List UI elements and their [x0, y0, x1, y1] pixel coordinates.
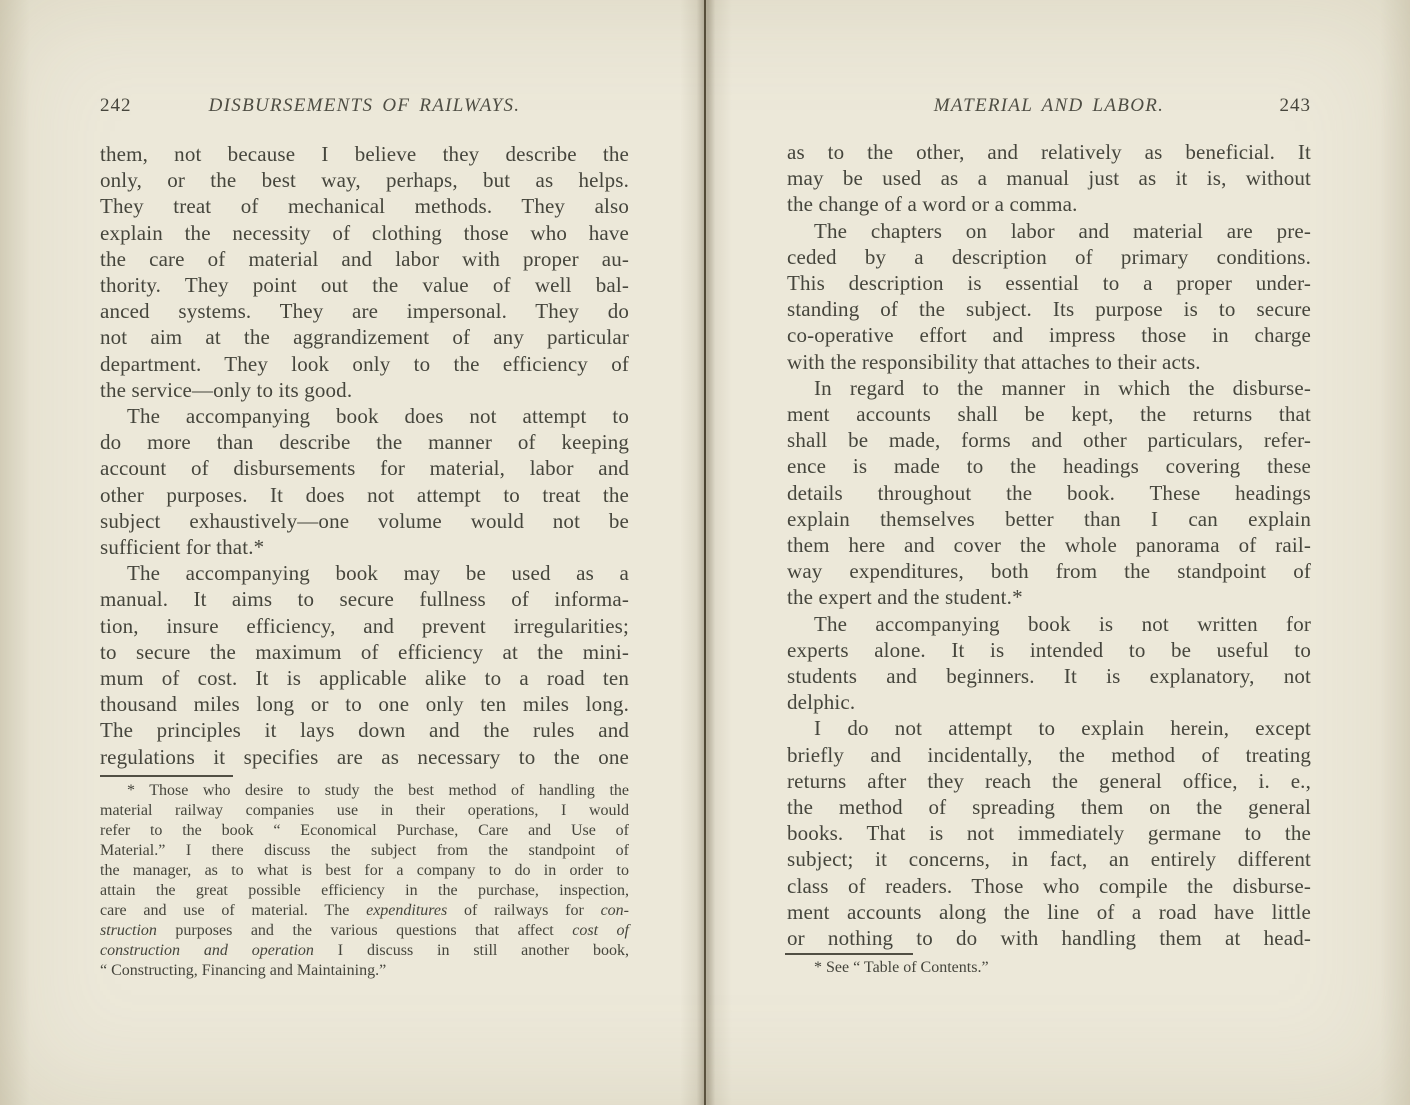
text-line: shall be made, forms and other particula… — [787, 427, 1311, 453]
text-line: the method of spreading them on the gene… — [787, 794, 1311, 820]
binding-gutter-line — [704, 0, 706, 1105]
text-line: other purposes. It does not attempt to t… — [100, 482, 629, 508]
text-line: the change of a word or a comma. — [787, 191, 1311, 217]
text-line: ence is made to the headings covering th… — [787, 453, 1311, 479]
text-line: department. They look only to the effici… — [100, 351, 629, 377]
text-line: sufficient for that.* — [100, 534, 629, 560]
text-line: manual. It aims to secure fullness of in… — [100, 586, 629, 612]
right-running-title: MATERIAL AND LABOR. — [851, 95, 1247, 117]
text-line: do more than describe the manner of keep… — [100, 429, 629, 455]
text-line: details throughout the book. These headi… — [787, 480, 1311, 506]
text-line: struction purposes and the various quest… — [100, 921, 629, 941]
text-line: mum of cost. It is applicable alike to a… — [100, 665, 629, 691]
text-line: ceded by a description of primary condit… — [787, 244, 1311, 270]
text-line: They treat of mechanical methods. They a… — [100, 193, 629, 219]
left-page-edge-shading — [0, 0, 30, 1105]
text-line: to secure the maximum of efficiency at t… — [100, 639, 629, 665]
text-line: with the responsibility that attaches to… — [787, 349, 1311, 375]
text-line: construction and operation I discuss in … — [100, 941, 629, 961]
left-page-header: 242 DISBURSEMENTS OF RAILWAYS. — [100, 95, 629, 117]
text-line: In regard to the manner in which the dis… — [787, 375, 1311, 401]
text-line: standing of the subject. Its purpose is … — [787, 296, 1311, 322]
text-line: ment accounts along the line of a road h… — [787, 899, 1311, 925]
text-line: attain the great possible efficiency in … — [100, 881, 629, 901]
text-line: ment accounts shall be kept, the returns… — [787, 401, 1311, 427]
text-line: explain themselves better than I can exp… — [787, 506, 1311, 532]
text-line: The accompanying book may be used as a — [100, 560, 629, 586]
text-line: as to the other, and relatively as benef… — [787, 139, 1311, 165]
text-line: experts alone. It is intended to be usef… — [787, 637, 1311, 663]
left-page-number: 242 — [100, 95, 164, 117]
text-line: thority. They point out the value of wel… — [100, 272, 629, 298]
text-line: refer to the book “ Economical Purchase,… — [100, 821, 629, 841]
binding-gutter-shadow — [680, 0, 732, 1105]
right-page-body-text: as to the other, and relatively as benef… — [787, 139, 1311, 951]
text-line: This description is essential to a prope… — [787, 270, 1311, 296]
text-line: way expenditures, both from the standpoi… — [787, 558, 1311, 584]
text-line: * See “ Table of Contents.” — [787, 958, 1311, 978]
text-line: returns after they reach the general off… — [787, 768, 1311, 794]
text-line: I do not attempt to explain herein, exce… — [787, 715, 1311, 741]
text-line: care and use of material. The expenditur… — [100, 901, 629, 921]
text-line: the care of material and labor with prop… — [100, 246, 629, 272]
text-line: The chapters on labor and material are p… — [787, 218, 1311, 244]
text-line: * Those who desire to study the best met… — [100, 781, 629, 801]
text-line: may be used as a manual just as it is, w… — [787, 165, 1311, 191]
text-line: them, not because I believe they describ… — [100, 141, 629, 167]
text-line: them here and cover the whole panorama o… — [787, 532, 1311, 558]
text-line: the expert and the student.* — [787, 584, 1311, 610]
text-line: briefly and incidentally, the method of … — [787, 742, 1311, 768]
text-line: not aim at the aggrandizement of any par… — [100, 324, 629, 350]
left-running-title: DISBURSEMENTS OF RAILWAYS. — [164, 95, 565, 117]
right-page-header: MATERIAL AND LABOR. 243 — [787, 95, 1311, 117]
right-footnote-separator — [785, 953, 913, 955]
text-line: or nothing to do with handling them at h… — [787, 925, 1311, 951]
text-line: The accompanying book does not attempt t… — [100, 403, 629, 429]
text-line: class of readers. Those who compile the … — [787, 873, 1311, 899]
text-line: the manager, as to what is best for a co… — [100, 861, 629, 881]
left-page-body-text: them, not because I believe they describ… — [100, 141, 629, 770]
left-footnote-separator — [100, 775, 233, 777]
text-line: explain the necessity of clothing those … — [100, 220, 629, 246]
text-line: tion, insure efficiency, and prevent irr… — [100, 613, 629, 639]
right-page-edge-shading — [1380, 0, 1410, 1105]
text-line: “ Constructing, Financing and Maintainin… — [100, 961, 629, 981]
left-page-footnote: * Those who desire to study the best met… — [100, 781, 629, 981]
text-line: co-operative effort and impress those in… — [787, 322, 1311, 348]
right-page-footnote: * See “ Table of Contents.” — [787, 958, 1311, 978]
text-line: The principles it lays down and the rule… — [100, 717, 629, 743]
book-spread: 242 DISBURSEMENTS OF RAILWAYS. them, not… — [0, 0, 1410, 1105]
text-line: thousand miles long or to one only ten m… — [100, 691, 629, 717]
text-line: students and beginners. It is explanator… — [787, 663, 1311, 689]
text-line: account of disbursements for material, l… — [100, 455, 629, 481]
text-line: only, or the best way, perhaps, but as h… — [100, 167, 629, 193]
text-line: Material.” I there discuss the subject f… — [100, 841, 629, 861]
text-line: anced systems. They are impersonal. They… — [100, 298, 629, 324]
text-line: books. That is not immediately germane t… — [787, 820, 1311, 846]
text-line: material railway companies use in their … — [100, 801, 629, 821]
text-line: subject; it concerns, in fact, an entire… — [787, 846, 1311, 872]
text-line: delphic. — [787, 689, 1311, 715]
right-page-number: 243 — [1247, 95, 1311, 117]
text-line: subject exhaustively—one volume would no… — [100, 508, 629, 534]
text-line: the service—only to its good. — [100, 377, 629, 403]
text-line: regulations it specifies are as necessar… — [100, 744, 629, 770]
text-line: The accompanying book is not written for — [787, 611, 1311, 637]
